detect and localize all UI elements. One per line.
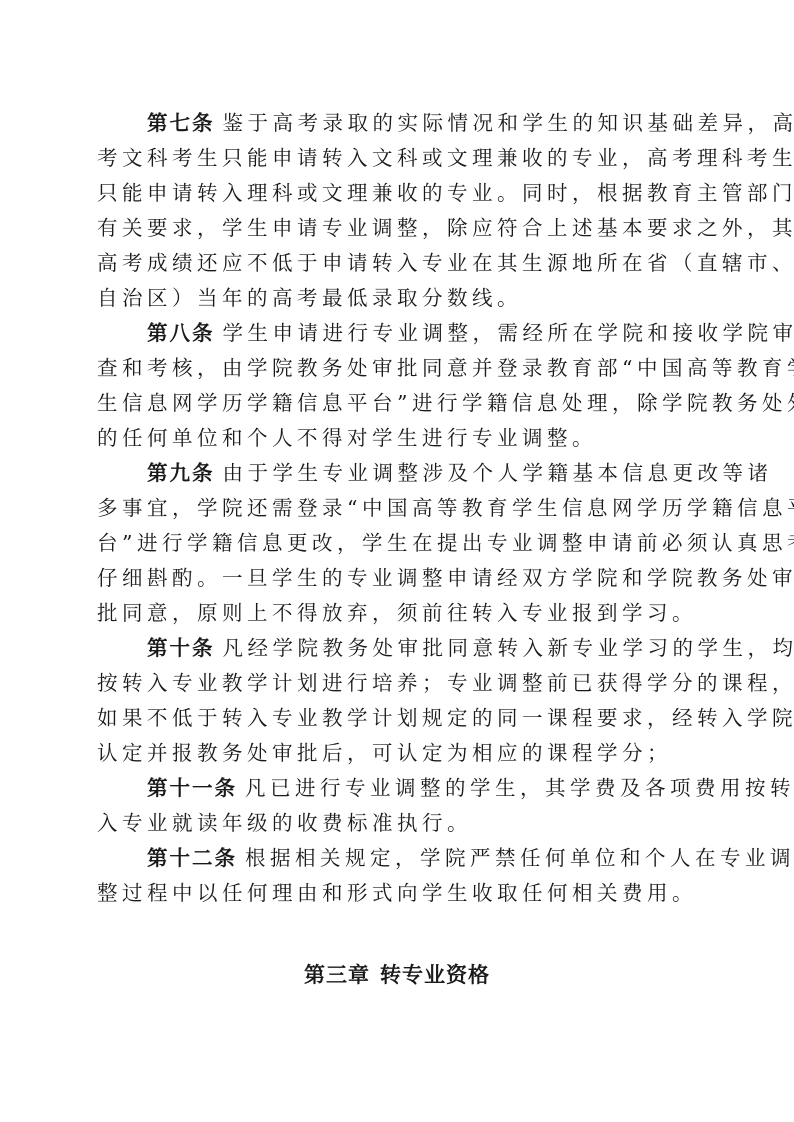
article-line: 有关要求，学生申请专业调整，除应符合上述基本要求之外，其 xyxy=(97,211,701,246)
article-line: 仔细斟酌。一旦学生的专业调整申请经双方学院和学院教务处审 xyxy=(97,561,701,596)
article-text: 凡经学院教务处审批同意转入新专业学习的学生，均 xyxy=(223,636,794,660)
article-line: 高考成绩还应不低于申请转入专业在其生源地所在省（直辖市、 xyxy=(97,246,701,281)
document-body: 第七条鉴于高考录取的实际情况和学生的知识基础差异，高 考文科考生只能申请转入文科… xyxy=(97,106,701,911)
article-text: 学生申请进行专业调整，需经所在学院和接收学院审 xyxy=(223,321,794,345)
article-label: 第八条 xyxy=(147,321,215,345)
chapter-number: 第三章 xyxy=(304,963,370,987)
article-8: 第八条学生申请进行专业调整，需经所在学院和接收学院审 查和考核，由学院教务处审批… xyxy=(97,316,701,456)
article-line: 第十条凡经学院教务处审批同意转入新专业学习的学生，均 xyxy=(97,631,701,666)
article-line: 只能申请转入理科或文理兼收的专业。同时，根据教育主管部门 xyxy=(97,176,701,211)
article-text: 鉴于高考录取的实际情况和学生的知识基础差异，高 xyxy=(223,111,794,135)
article-line: 如果不低于转入专业教学计划规定的同一课程要求，经转入学院 xyxy=(97,701,701,736)
article-line: 第十一条凡已进行专业调整的学生，其学费及各项费用按转 xyxy=(97,771,701,806)
article-line: 整过程中以任何理由和形式向学生收取任何相关费用。 xyxy=(97,876,701,911)
article-7: 第七条鉴于高考录取的实际情况和学生的知识基础差异，高 考文科考生只能申请转入文科… xyxy=(97,106,701,316)
article-9: 第九条由于学生专业调整涉及个人学籍基本信息更改等诸 多事宜，学院还需登录“中国高… xyxy=(97,456,701,631)
article-text: 由于学生专业调整涉及个人学籍基本信息更改等诸 xyxy=(223,461,773,485)
article-line: 入专业就读年级的收费标准执行。 xyxy=(97,806,701,841)
article-line: 按转入专业教学计划进行培养；专业调整前已获得学分的课程， xyxy=(97,666,701,701)
article-label: 第十一条 xyxy=(147,776,237,800)
article-label: 第七条 xyxy=(147,111,215,135)
article-label: 第九条 xyxy=(147,461,215,485)
chapter-heading: 第三章转专业资格 xyxy=(0,958,794,993)
article-10: 第十条凡经学院教务处审批同意转入新专业学习的学生，均 按转入专业教学计划进行培养… xyxy=(97,631,701,771)
article-line: 查和考核，由学院教务处审批同意并登录教育部“中国高等教育学 xyxy=(97,351,701,386)
article-label: 第十条 xyxy=(147,636,215,660)
article-line: 台”进行学籍信息更改，学生在提出专业调整申请前必须认真思考、 xyxy=(97,526,701,561)
article-line: 生信息网学历学籍信息平台”进行学籍信息处理，除学院教务处外 xyxy=(97,386,701,421)
article-line: 认定并报教务处审批后，可认定为相应的课程学分； xyxy=(97,736,701,771)
article-12: 第十二条根据相关规定，学院严禁任何单位和个人在专业调 整过程中以任何理由和形式向… xyxy=(97,841,701,911)
article-line: 第九条由于学生专业调整涉及个人学籍基本信息更改等诸 xyxy=(97,456,701,491)
article-11: 第十一条凡已进行专业调整的学生，其学费及各项费用按转 入专业就读年级的收费标准执… xyxy=(97,771,701,841)
article-line: 批同意，原则上不得放弃，须前往转入专业报到学习。 xyxy=(97,596,701,631)
article-line: 多事宜，学院还需登录“中国高等教育学生信息网学历学籍信息平 xyxy=(97,491,701,526)
article-line: 考文科考生只能申请转入文科或文理兼收的专业，高考理科考生 xyxy=(97,141,701,176)
article-text: 凡已进行专业调整的学生，其学费及各项费用按转 xyxy=(245,776,794,800)
chapter-title: 转专业资格 xyxy=(380,963,490,987)
article-line: 第八条学生申请进行专业调整，需经所在学院和接收学院审 xyxy=(97,316,701,351)
article-line: 第十二条根据相关规定，学院严禁任何单位和个人在专业调 xyxy=(97,841,701,876)
article-text: 根据相关规定，学院严禁任何单位和个人在专业调 xyxy=(245,846,794,870)
article-label: 第十二条 xyxy=(147,846,237,870)
article-line: 自治区）当年的高考最低录取分数线。 xyxy=(97,281,701,316)
article-line: 第七条鉴于高考录取的实际情况和学生的知识基础差异，高 xyxy=(97,106,701,141)
article-line: 的任何单位和个人不得对学生进行专业调整。 xyxy=(97,421,701,456)
